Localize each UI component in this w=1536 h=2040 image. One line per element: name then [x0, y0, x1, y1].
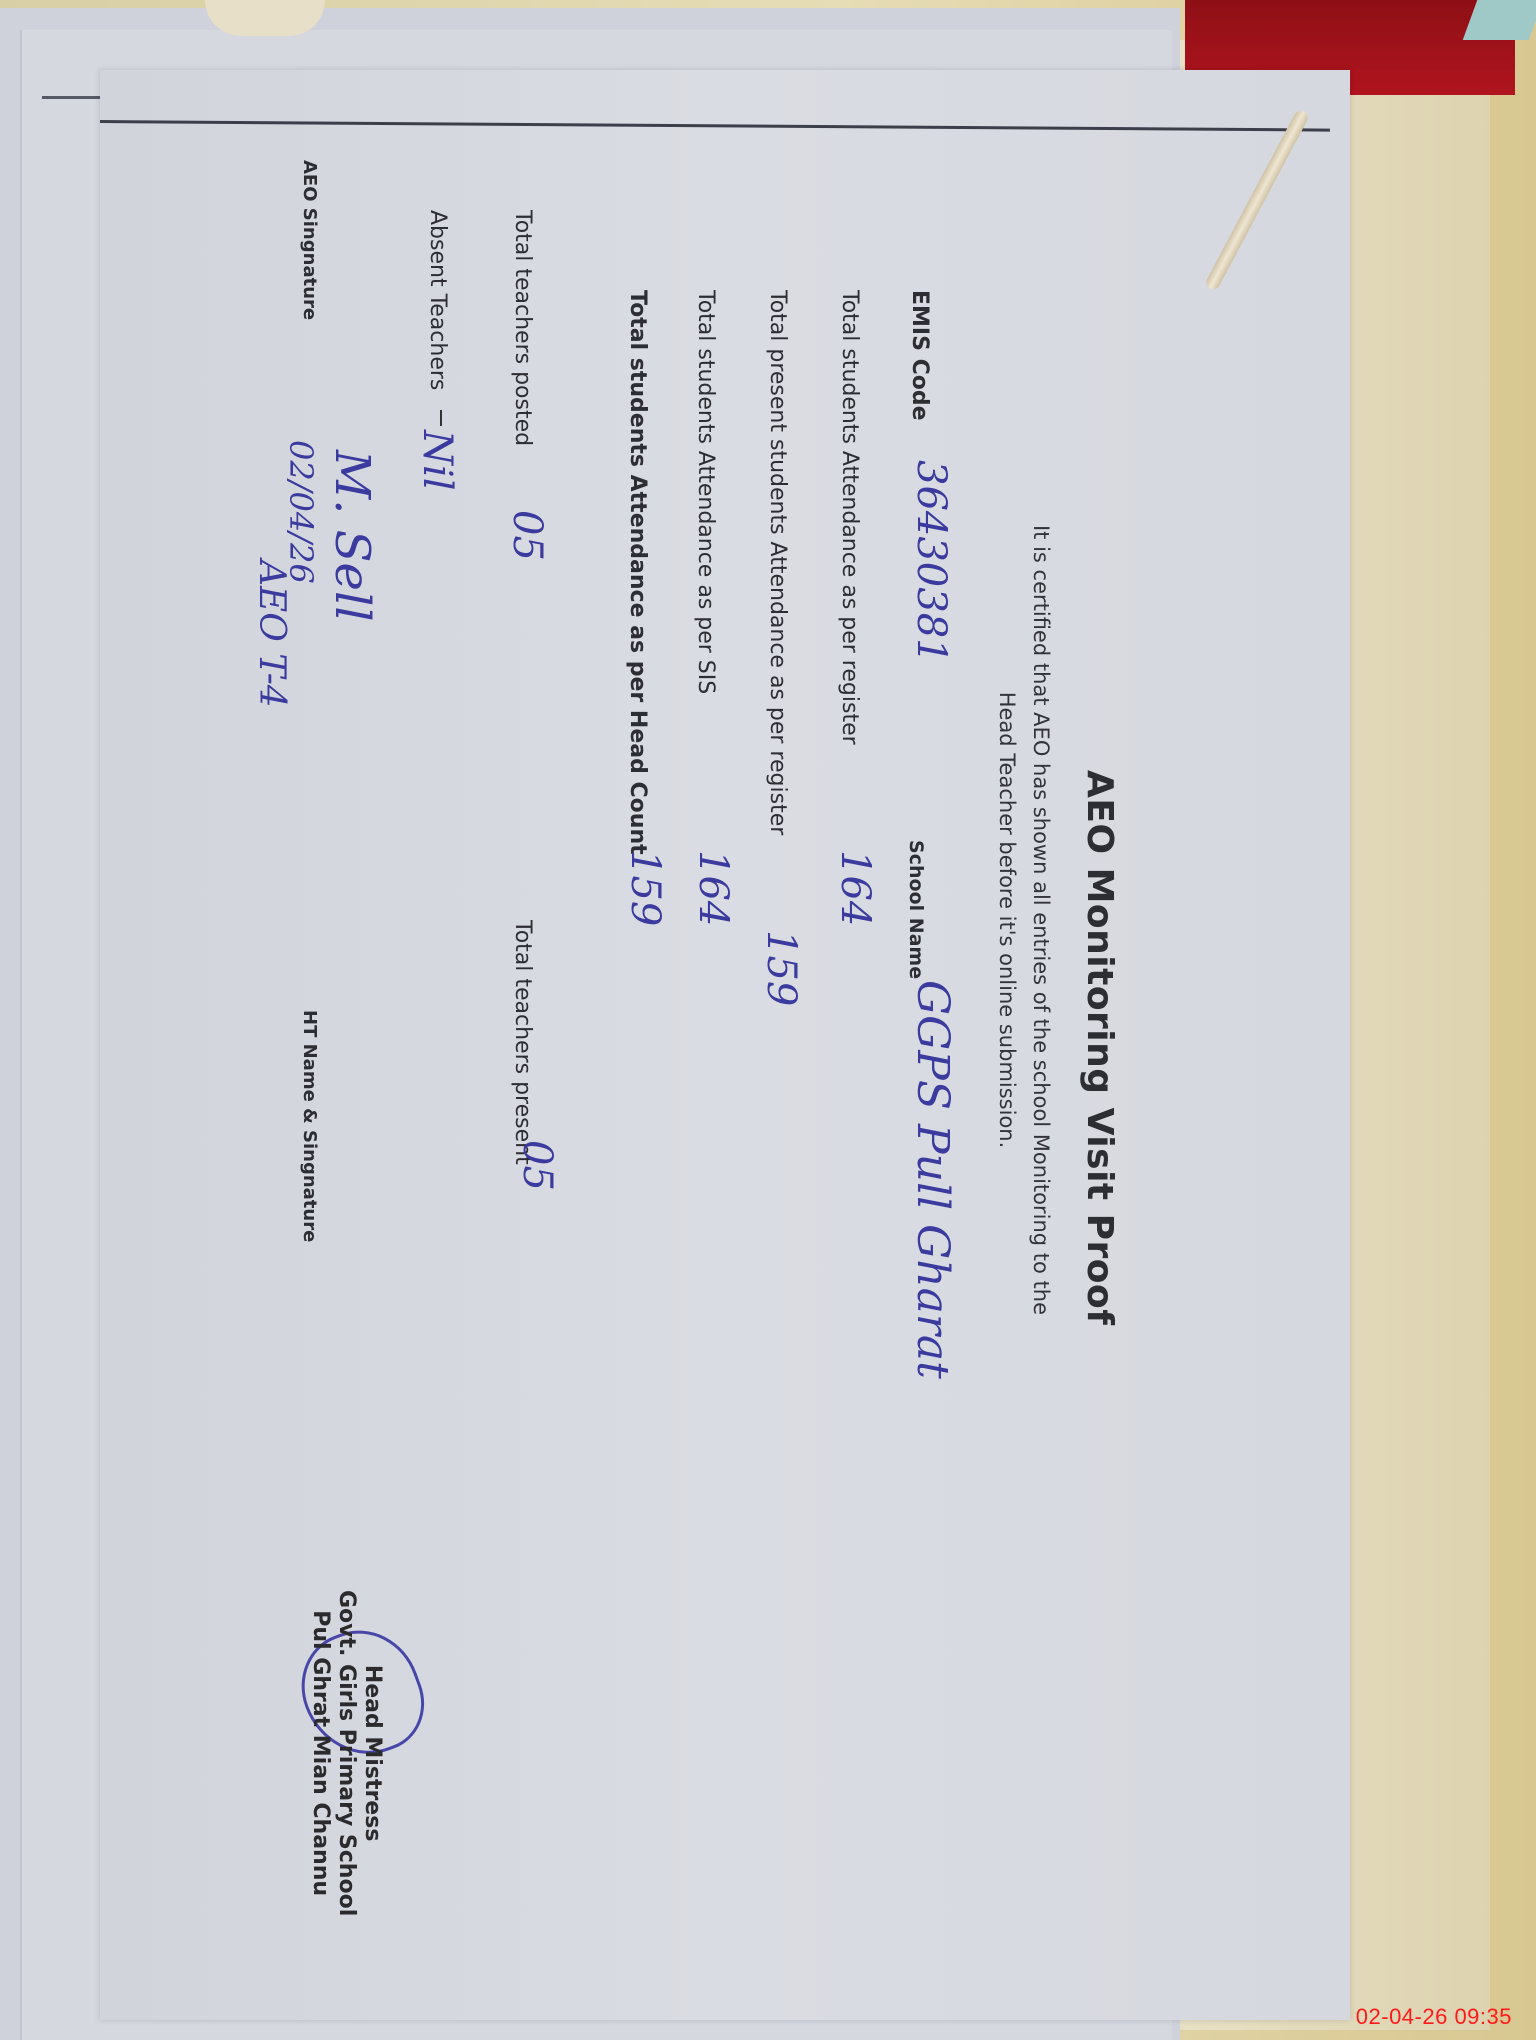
teachers-posted-value: 05	[504, 510, 550, 561]
present-students-register-value: 159	[758, 930, 804, 1006]
aeo-signature: M. Sell	[324, 450, 380, 622]
emis-code-label: EMIS Code	[907, 290, 932, 421]
school-name-label: School Name	[905, 840, 927, 979]
stamp-line-3: Pul Ghrat Mian Channu	[307, 1590, 333, 1916]
string-knot	[205, 0, 325, 36]
aeo-signature-label: AEO Singnature	[299, 160, 320, 320]
aeo-designation: AEO T-4	[251, 560, 292, 708]
document-title: AEO Monitoring Visit Proof	[1079, 770, 1120, 1325]
emis-code-value: 36430381	[908, 460, 954, 664]
stamp-line-1: Head Mistress	[359, 1590, 385, 1916]
photo-timestamp: 02-04-26 09:35	[1356, 2004, 1512, 2030]
certification-statement: It is certified that AEO has shown all e…	[990, 510, 1058, 1330]
teachers-present-value: 05	[514, 1140, 560, 1191]
binding-string	[1204, 108, 1310, 291]
school-name-value: GGPS Pull Gharat	[907, 980, 958, 1379]
school-stamp: Head Mistress Govt. Girls Primary School…	[307, 1590, 385, 1916]
stamp-line-2: Govt. Girls Primary School	[333, 1590, 359, 1916]
total-students-register-label: Total students Attendance as per registe…	[837, 290, 862, 745]
absent-teachers-label: Absent Teachers	[425, 210, 450, 390]
total-students-sis-value: 164	[690, 850, 736, 926]
teachers-posted-label: Total teachers posted	[510, 210, 535, 446]
present-students-register-label: Total present students Attendance as per…	[765, 290, 790, 835]
head-count-value: 159	[622, 850, 668, 926]
teachers-present-label: Total teachers present	[510, 920, 535, 1165]
form-content: AEO Monitoring Visit Proof It is certifi…	[70, 290, 1120, 1890]
total-students-register-value: 164	[832, 850, 878, 926]
head-count-label: Total students Attendance as per Head Co…	[625, 290, 650, 855]
total-students-sis-label: Total students Attendance as per SIS	[693, 290, 718, 694]
ht-signature-label: HT Name & Singnature	[299, 1010, 320, 1242]
page-top-rule	[100, 120, 1330, 132]
absent-teachers-value: Nil	[414, 430, 460, 491]
absent-teachers-dash	[440, 410, 442, 426]
